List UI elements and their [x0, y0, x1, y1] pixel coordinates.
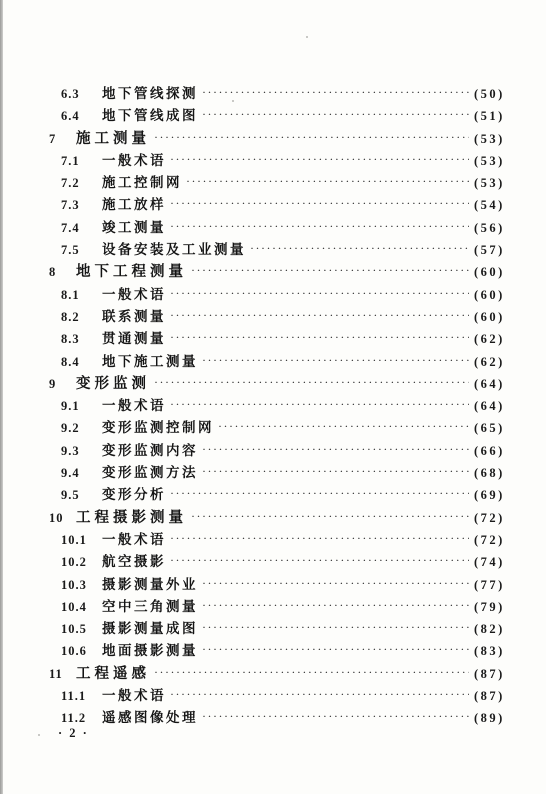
entry-number: 10 — [49, 507, 76, 529]
dot-leader — [250, 237, 469, 259]
entry-page-number: (60) — [474, 306, 520, 328]
page-number-footer: · 2 · — [58, 726, 89, 741]
scan-noise-speck — [38, 734, 40, 736]
entry-title: 变形分析 — [102, 484, 166, 506]
toc-row: 8.2 联系测量 (60) — [0, 306, 520, 328]
dot-leader — [170, 549, 469, 571]
scanned-toc-page: 6.3 地下管线探测 (50) 6.4 地下管线成图 (51) 7 施工测量 (… — [0, 0, 546, 794]
dot-leader — [170, 527, 469, 549]
dot-leader — [170, 393, 469, 415]
dot-leader — [218, 415, 469, 437]
toc-row: 7.2 施工控制网 (53) — [0, 172, 520, 194]
entry-title: 一般术语 — [102, 150, 166, 172]
entry-number: 8.1 — [61, 284, 102, 306]
entry-page-number: (82) — [474, 618, 520, 640]
entry-title: 地下工程测量 — [76, 261, 187, 283]
entry-title: 地面摄影测量 — [102, 640, 198, 662]
toc-row: 10 工程摄影测量 (72) — [0, 507, 520, 529]
entry-title: 联系测量 — [102, 306, 166, 328]
entry-number: 9.1 — [61, 395, 102, 417]
entry-page-number: (60) — [474, 261, 520, 283]
toc-row: 11 工程遥感 (87) — [0, 663, 520, 685]
entry-title: 变形监测内容 — [102, 440, 198, 462]
dot-leader — [170, 215, 469, 237]
entry-title: 地下管线成图 — [102, 105, 198, 127]
dot-leader — [170, 282, 469, 304]
entry-page-number: (72) — [474, 507, 520, 529]
toc-row: 9.5 变形分析 (69) — [0, 484, 520, 506]
entry-number: 7.4 — [61, 217, 102, 239]
dot-leader — [202, 81, 469, 103]
scan-noise-speck — [306, 36, 308, 38]
dot-leader — [191, 505, 469, 527]
entry-number: 6.4 — [61, 105, 102, 127]
entry-title: 施工测量 — [76, 128, 150, 150]
entry-number: 9.3 — [61, 440, 102, 462]
toc-row: 7 施工测量 (53) — [0, 128, 520, 150]
entry-title: 竣工测量 — [102, 217, 166, 239]
entry-number: 8.2 — [61, 306, 102, 328]
dot-leader — [202, 594, 469, 616]
dot-leader — [154, 126, 469, 148]
toc-row: 11.1 一般术语 (87) — [0, 685, 520, 707]
dot-leader — [170, 304, 469, 326]
toc-row: 10.4 空中三角测量 (79) — [0, 596, 520, 618]
entry-number: 7.2 — [61, 172, 102, 194]
entry-number: 9 — [49, 373, 76, 395]
toc-row: 8.4 地下施工测量 (62) — [0, 351, 520, 373]
entry-page-number: (72) — [474, 529, 520, 551]
entry-page-number: (64) — [474, 395, 520, 417]
toc-row: 8.1 一般术语 (60) — [0, 284, 520, 306]
entry-page-number: (54) — [474, 194, 520, 216]
dot-leader — [170, 683, 469, 705]
entry-page-number: (77) — [474, 574, 520, 596]
dot-leader — [202, 349, 469, 371]
entry-page-number: (83) — [474, 640, 520, 662]
toc-row: 10.5 摄影测量成图 (82) — [0, 618, 520, 640]
entry-title: 遥感图像处理 — [102, 707, 198, 729]
entry-page-number: (51) — [474, 105, 520, 127]
entry-page-number: (87) — [474, 685, 520, 707]
entry-number: 7.3 — [61, 194, 102, 216]
entry-title: 工程遥感 — [76, 663, 150, 685]
entry-number: 11 — [49, 663, 76, 685]
entry-number: 10.5 — [61, 618, 102, 640]
toc-row: 8 地下工程测量 (60) — [0, 261, 520, 283]
entry-number: 8.4 — [61, 351, 102, 373]
dot-leader — [170, 482, 469, 504]
entry-page-number: (66) — [474, 440, 520, 462]
entry-title: 地下施工测量 — [102, 351, 198, 373]
toc-row: 10.6 地面摄影测量 (83) — [0, 640, 520, 662]
entry-page-number: (56) — [474, 217, 520, 239]
entry-page-number: (87) — [474, 663, 520, 685]
entry-title: 地下管线探测 — [102, 83, 198, 105]
toc-row: 9.1 一般术语 (64) — [0, 395, 520, 417]
dot-leader — [191, 259, 469, 281]
entry-page-number: (53) — [474, 128, 520, 150]
toc-row: 7.3 施工放样 (54) — [0, 194, 520, 216]
entry-number: 10.3 — [61, 574, 102, 596]
dot-leader — [202, 705, 469, 727]
dot-leader — [202, 572, 469, 594]
entry-title: 工程摄影测量 — [76, 507, 187, 529]
entry-page-number: (69) — [474, 484, 520, 506]
entry-number: 11.1 — [61, 685, 102, 707]
toc-row: 10.2 航空摄影 (74) — [0, 551, 520, 573]
entry-title: 一般术语 — [102, 529, 166, 551]
dot-leader — [202, 460, 469, 482]
entry-page-number: (62) — [474, 351, 520, 373]
dot-leader — [202, 616, 469, 638]
entry-title: 摄影测量外业 — [102, 574, 198, 596]
entry-title: 设备安装及工业测量 — [102, 239, 246, 261]
toc-row: 8.3 贯通测量 (62) — [0, 328, 520, 350]
entry-page-number: (68) — [474, 462, 520, 484]
toc-row: 7.4 竣工测量 (56) — [0, 217, 520, 239]
entry-title: 一般术语 — [102, 685, 166, 707]
toc-row: 6.3 地下管线探测 (50) — [0, 83, 520, 105]
entry-number: 10.6 — [61, 640, 102, 662]
entry-number: 10.1 — [61, 529, 102, 551]
entry-page-number: (74) — [474, 551, 520, 573]
entry-page-number: (50) — [474, 83, 520, 105]
entry-page-number: (89) — [474, 707, 520, 729]
dot-leader — [170, 148, 469, 170]
toc-row: 9.4 变形监测方法 (68) — [0, 462, 520, 484]
dot-leader — [202, 438, 469, 460]
entry-page-number: (57) — [474, 239, 520, 261]
toc-row: 9 变形监测 (64) — [0, 373, 520, 395]
entry-page-number: (79) — [474, 596, 520, 618]
entry-title: 一般术语 — [102, 284, 166, 306]
entry-number: 8 — [49, 261, 76, 283]
dot-leader — [170, 192, 469, 214]
entry-title: 变形监测控制网 — [102, 417, 214, 439]
entry-number: 7.5 — [61, 239, 102, 261]
entry-title: 施工控制网 — [102, 172, 182, 194]
dot-leader — [202, 103, 469, 125]
entry-title: 变形监测 — [76, 373, 150, 395]
entry-title: 施工放样 — [102, 194, 166, 216]
entry-number: 10.2 — [61, 551, 102, 573]
entry-title: 变形监测方法 — [102, 462, 198, 484]
toc-row: 9.2 变形监测控制网 (65) — [0, 417, 520, 439]
entry-page-number: (53) — [474, 150, 520, 172]
dot-leader — [170, 326, 469, 348]
toc-row: 6.4 地下管线成图 (51) — [0, 105, 520, 127]
entry-number: 9.2 — [61, 417, 102, 439]
entry-page-number: (65) — [474, 417, 520, 439]
dot-leader — [186, 170, 469, 192]
entry-number: 6.3 — [61, 83, 102, 105]
toc-row: 7.1 一般术语 (53) — [0, 150, 520, 172]
entry-number: 10.4 — [61, 596, 102, 618]
dot-leader — [202, 638, 469, 660]
entry-number: 8.3 — [61, 328, 102, 350]
entry-title: 航空摄影 — [102, 551, 166, 573]
toc-row: 10.1 一般术语 (72) — [0, 529, 520, 551]
entry-page-number: (53) — [474, 172, 520, 194]
dot-leader — [154, 371, 469, 393]
entry-page-number: (64) — [474, 373, 520, 395]
entry-number: 9.5 — [61, 484, 102, 506]
entry-page-number: (62) — [474, 328, 520, 350]
entry-number: 9.4 — [61, 462, 102, 484]
entry-title: 摄影测量成图 — [102, 618, 198, 640]
toc-row: 9.3 变形监测内容 (66) — [0, 440, 520, 462]
dot-leader — [154, 661, 469, 683]
toc-row: 10.3 摄影测量外业 (77) — [0, 574, 520, 596]
entry-page-number: (60) — [474, 284, 520, 306]
toc-list: 6.3 地下管线探测 (50) 6.4 地下管线成图 (51) 7 施工测量 (… — [0, 83, 520, 730]
entry-title: 空中三角测量 — [102, 596, 198, 618]
entry-number: 7 — [49, 128, 76, 150]
toc-row: 7.5 设备安装及工业测量 (57) — [0, 239, 520, 261]
entry-title: 一般术语 — [102, 395, 166, 417]
entry-title: 贯通测量 — [102, 328, 166, 350]
entry-number: 7.1 — [61, 150, 102, 172]
